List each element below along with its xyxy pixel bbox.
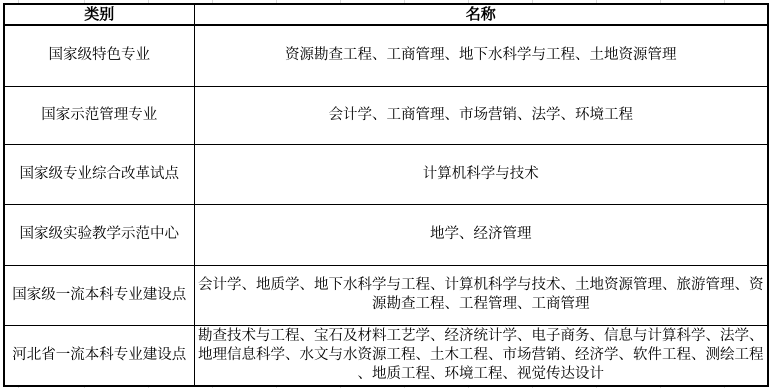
table-row: 河北省一流本科专业建设点 勘查技术与工程、宝石及材料工艺学、经济统计学、电子商务…	[4, 325, 768, 386]
category-cell: 国家级特色专业	[4, 25, 194, 86]
category-cell: 国家级一流本科专业建设点	[4, 265, 194, 325]
names-cell: 地学、经济管理	[194, 204, 768, 265]
names-cell: 会计学、工商管理、市场营销、法学、环境工程	[194, 86, 768, 144]
category-cell: 国家级专业综合改革试点	[4, 144, 194, 204]
category-cell: 河北省一流本科专业建设点	[4, 325, 194, 386]
table-row: 国家级实验教学示范中心 地学、经济管理	[4, 204, 768, 265]
page-background: 类别 名称 国家级特色专业 资源勘查工程、工商管理、地下水科学与工程、土地资源管…	[0, 0, 770, 388]
column-header-category: 类别	[4, 4, 194, 25]
column-header-name: 名称	[194, 4, 768, 25]
header-row: 类别 名称	[4, 4, 768, 25]
table-row: 国家级一流本科专业建设点 会计学、地质学、地下水科学与工程、计算机科学与技术、土…	[4, 265, 768, 325]
category-cell: 国家示范管理专业	[4, 86, 194, 144]
table-row: 国家级专业综合改革试点 计算机科学与技术	[4, 144, 768, 204]
names-cell: 勘查技术与工程、宝石及材料工艺学、经济统计学、电子商务、信息与计算科学、法学、地…	[194, 325, 768, 386]
category-name-table: 类别 名称 国家级特色专业 资源勘查工程、工商管理、地下水科学与工程、土地资源管…	[3, 3, 769, 387]
names-cell: 计算机科学与技术	[194, 144, 768, 204]
table-row: 国家示范管理专业 会计学、工商管理、市场营销、法学、环境工程	[4, 86, 768, 144]
names-cell: 资源勘查工程、工商管理、地下水科学与工程、土地资源管理	[194, 25, 768, 86]
category-cell: 国家级实验教学示范中心	[4, 204, 194, 265]
table-row: 国家级特色专业 资源勘查工程、工商管理、地下水科学与工程、土地资源管理	[4, 25, 768, 86]
names-cell: 会计学、地质学、地下水科学与工程、计算机科学与技术、土地资源管理、旅游管理、资源…	[194, 265, 768, 325]
